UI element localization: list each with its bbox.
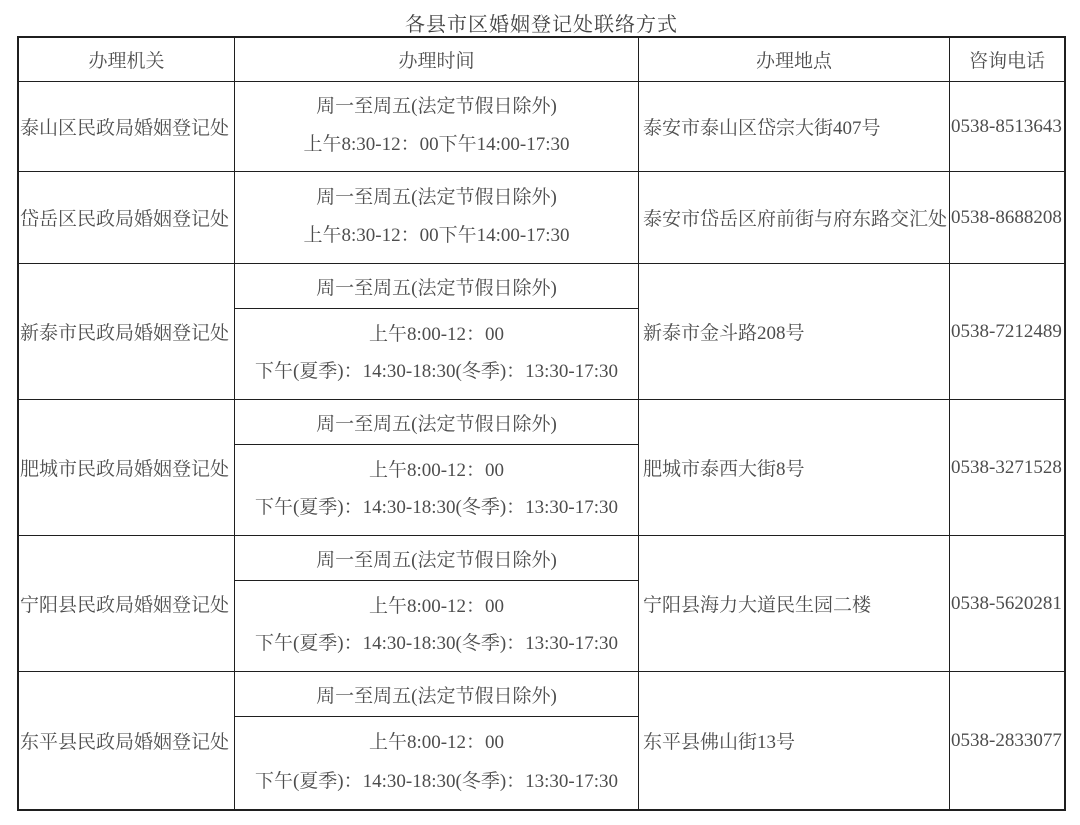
time-hours-block: 上午8:00-12：00 下午(夏季)：14:30-18:30(冬季)：13:3… — [235, 309, 638, 399]
address-cell: 新泰市金斗路208号 — [639, 264, 949, 399]
time-weekday-line: 周一至周五(法定节假日除外) — [235, 672, 638, 717]
time-hours-line: 上午8:30-12：00下午14:00-17:30 — [235, 134, 638, 157]
phone-cell: 0538-8513643 — [949, 82, 1064, 171]
agency-cell: 肥城市民政局婚姻登记处 — [19, 400, 234, 535]
header-cell-address: 办理地点 — [639, 38, 949, 81]
time-weekday-line: 周一至周五(法定节假日除外) — [235, 400, 638, 445]
page-title: 各县市区婚姻登记处联络方式 — [17, 0, 1066, 36]
phone-cell: 0538-7212489 — [949, 264, 1064, 399]
address-cell: 泰安市泰山区岱宗大街407号 — [639, 82, 949, 171]
address-cell: 宁阳县海力大道民生园二楼 — [639, 536, 949, 671]
table-row: 岱岳区民政局婚姻登记处 周一至周五(法定节假日除外) 上午8:30-12：00下… — [19, 171, 1064, 263]
agency-cell: 泰山区民政局婚姻登记处 — [19, 82, 234, 171]
phone-cell: 0538-3271528 — [949, 400, 1064, 535]
table-row: 泰山区民政局婚姻登记处 周一至周五(法定节假日除外) 上午8:30-12：00下… — [19, 81, 1064, 171]
phone-cell: 0538-5620281 — [949, 536, 1064, 671]
time-cell: 周一至周五(法定节假日除外) 上午8:00-12：00 下午(夏季)：14:30… — [234, 672, 639, 809]
time-afternoon-line: 下午(夏季)：14:30-18:30(冬季)：13:30-17:30 — [235, 633, 638, 656]
time-morning-line: 上午8:00-12：00 — [235, 732, 638, 755]
time-weekday-line: 周一至周五(法定节假日除外) — [235, 96, 638, 119]
phone-cell: 0538-2833077 — [949, 672, 1064, 809]
phone-cell: 0538-8688208 — [949, 172, 1064, 263]
address-cell: 泰安市岱岳区府前街与府东路交汇处 — [639, 172, 949, 263]
table-row: 宁阳县民政局婚姻登记处 周一至周五(法定节假日除外) 上午8:00-12：00 … — [19, 535, 1064, 671]
time-cell: 周一至周五(法定节假日除外) 上午8:30-12：00下午14:00-17:30 — [234, 172, 639, 263]
agency-cell: 宁阳县民政局婚姻登记处 — [19, 536, 234, 671]
agency-cell: 新泰市民政局婚姻登记处 — [19, 264, 234, 399]
contact-table: 办理机关 办理时间 办理地点 咨询电话 泰山区民政局婚姻登记处 周一至周五(法定… — [17, 36, 1066, 811]
time-afternoon-line: 下午(夏季)：14:30-18:30(冬季)：13:30-17:30 — [235, 361, 638, 384]
time-afternoon-line: 下午(夏季)：14:30-18:30(冬季)：13:30-17:30 — [235, 771, 638, 794]
time-weekday-line: 周一至周五(法定节假日除外) — [235, 187, 638, 210]
table-row: 新泰市民政局婚姻登记处 周一至周五(法定节假日除外) 上午8:00-12：00 … — [19, 263, 1064, 399]
header-cell-time: 办理时间 — [234, 38, 639, 81]
header-cell-phone: 咨询电话 — [949, 38, 1064, 81]
time-hours-block: 上午8:00-12：00 下午(夏季)：14:30-18:30(冬季)：13:3… — [235, 445, 638, 535]
time-cell: 周一至周五(法定节假日除外) 上午8:30-12：00下午14:00-17:30 — [234, 82, 639, 171]
header-cell-agency: 办理机关 — [19, 38, 234, 81]
time-hours-block: 上午8:00-12：00 下午(夏季)：14:30-18:30(冬季)：13:3… — [235, 717, 638, 809]
address-cell: 肥城市泰西大街8号 — [639, 400, 949, 535]
time-weekday-line: 周一至周五(法定节假日除外) — [235, 264, 638, 309]
time-cell: 周一至周五(法定节假日除外) 上午8:00-12：00 下午(夏季)：14:30… — [234, 264, 639, 399]
table-row: 肥城市民政局婚姻登记处 周一至周五(法定节假日除外) 上午8:00-12：00 … — [19, 399, 1064, 535]
time-weekday-line: 周一至周五(法定节假日除外) — [235, 536, 638, 581]
agency-cell: 岱岳区民政局婚姻登记处 — [19, 172, 234, 263]
time-hours-line: 上午8:30-12：00下午14:00-17:30 — [235, 225, 638, 248]
time-morning-line: 上午8:00-12：00 — [235, 324, 638, 347]
time-afternoon-line: 下午(夏季)：14:30-18:30(冬季)：13:30-17:30 — [235, 497, 638, 520]
table-row: 东平县民政局婚姻登记处 周一至周五(法定节假日除外) 上午8:00-12：00 … — [19, 671, 1064, 809]
time-cell: 周一至周五(法定节假日除外) 上午8:00-12：00 下午(夏季)：14:30… — [234, 400, 639, 535]
address-cell: 东平县佛山街13号 — [639, 672, 949, 809]
header-row: 办理机关 办理时间 办理地点 咨询电话 — [19, 38, 1064, 81]
agency-cell: 东平县民政局婚姻登记处 — [19, 672, 234, 809]
time-cell: 周一至周五(法定节假日除外) 上午8:00-12：00 下午(夏季)：14:30… — [234, 536, 639, 671]
time-morning-line: 上午8:00-12：00 — [235, 460, 638, 483]
time-hours-block: 上午8:00-12：00 下午(夏季)：14:30-18:30(冬季)：13:3… — [235, 581, 638, 671]
time-morning-line: 上午8:00-12：00 — [235, 596, 638, 619]
